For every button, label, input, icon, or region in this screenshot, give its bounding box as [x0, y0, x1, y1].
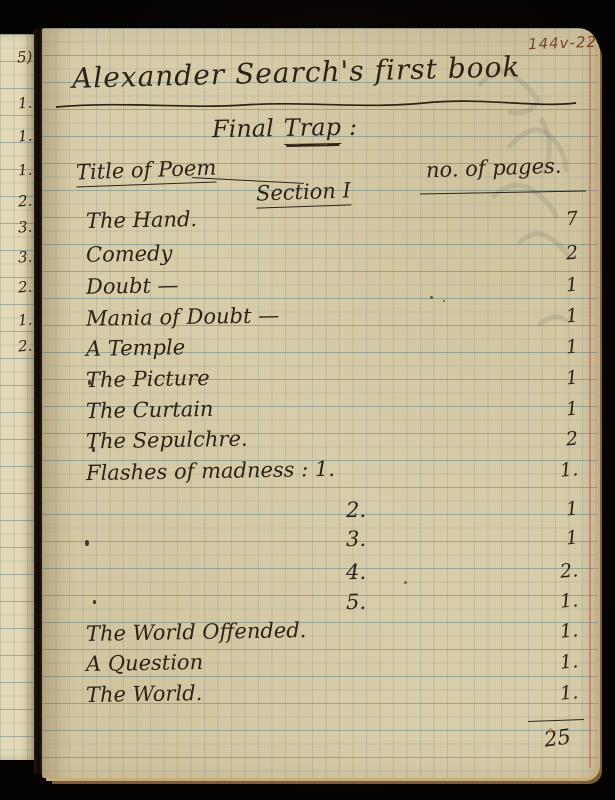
poem-title: A Temple — [86, 335, 186, 361]
margin-number: 3. — [17, 218, 33, 237]
subtitle-emphasis: Trap — [284, 113, 342, 145]
paper-stain — [404, 581, 407, 584]
ink-speck — [92, 448, 95, 452]
column-header-title: Title of Poem — [76, 156, 217, 188]
facing-page-edge: 5) 1. 1. 1. 2. 3. 3. 2. 1. 2. — [0, 34, 36, 760]
column-header-pages: no. of pages. — [426, 154, 562, 183]
poem-row: 2. 1 — [86, 498, 578, 522]
poem-row: The Hand. 7 — [86, 208, 578, 232]
poem-title: The Hand. — [86, 207, 198, 233]
page-count: 1. — [559, 650, 579, 673]
poem-title: The Sepulchre. — [86, 427, 248, 454]
total-pages: 25 — [543, 724, 572, 751]
total-sum-line — [528, 719, 584, 722]
poem-title: The Curtain — [86, 397, 214, 423]
poem-title: Comedy — [86, 241, 173, 267]
poem-subnumber: 3. — [346, 527, 366, 551]
poem-row: Doubt — 1 — [86, 274, 578, 298]
page-count: 1. — [559, 458, 579, 481]
poem-title: Mania of Doubt — — [86, 303, 280, 330]
page-count: 1. — [559, 681, 579, 704]
notebook-page: 144v-22 Alexander Search's first book Fi… — [42, 28, 598, 778]
poem-row: Mania of Doubt — 1 — [86, 305, 578, 329]
page-count: 2 — [565, 242, 579, 265]
poem-row: The World. 1. — [86, 682, 578, 706]
page-title: Alexander Search's first book — [72, 50, 521, 95]
margin-number: 2. — [17, 192, 33, 211]
margin-number: 1. — [17, 161, 33, 180]
page-count: 1 — [565, 274, 579, 297]
poem-subnumber: 5. — [346, 590, 366, 614]
margin-number: 3. — [17, 248, 33, 267]
poem-title: The World Offended. — [86, 618, 307, 646]
photo-background: 5) 1. 1. 1. 2. 3. 3. 2. 1. 2. 144v-22 Al… — [0, 0, 615, 800]
margin-number: 1. — [17, 127, 33, 146]
poem-row: Comedy 2 — [86, 242, 578, 266]
poem-title: The World. — [86, 681, 203, 707]
archival-mark: 144v-22 — [528, 33, 598, 53]
page-count: 1 — [565, 398, 579, 421]
poem-subnumber: 2. — [346, 498, 366, 522]
pages-header-underline — [420, 191, 586, 195]
poem-title: The Picture — [86, 366, 210, 392]
page-count: 2. — [559, 559, 579, 582]
page-count: 1 — [565, 367, 579, 390]
subtitle: FinalTrap: — [212, 113, 357, 144]
margin-number: 1. — [17, 311, 33, 330]
page-count: 1 — [565, 305, 579, 328]
poem-row: 5. 1. — [86, 590, 578, 614]
poem-row: 4. 2. — [86, 560, 578, 584]
poem-row: The Sepulchre. 2 — [86, 428, 578, 452]
poem-row: The Curtain 1 — [86, 398, 578, 422]
poem-title: A Question — [86, 650, 204, 676]
page-count: 1 — [565, 498, 579, 521]
margin-number: 2. — [17, 278, 33, 297]
poem-row: The World Offended. 1. — [86, 620, 578, 644]
paper-stain — [443, 300, 445, 302]
margin-number: 5) — [16, 47, 33, 66]
page-count: 1. — [559, 589, 579, 612]
title-underline — [54, 98, 578, 112]
page-count: 1 — [565, 336, 579, 359]
poem-subnumber: 4. — [346, 560, 366, 584]
page-count: 2 — [565, 428, 579, 451]
margin-number: 1. — [17, 94, 33, 113]
ink-speck — [88, 380, 91, 385]
page-count: 1 — [565, 527, 579, 550]
ink-speck — [93, 600, 96, 604]
poem-row: The Picture 1 — [86, 367, 578, 391]
paper-stain — [548, 728, 553, 733]
poem-row: Flashes of madness : 1. 1. — [86, 459, 578, 483]
poem-row: 3. 1 — [86, 527, 578, 551]
poem-row: A Question 1. — [86, 651, 578, 675]
subtitle-colon: : — [349, 113, 358, 141]
margin-number: 2. — [17, 337, 33, 356]
page-count: 1. — [559, 619, 579, 642]
ink-speck — [85, 540, 89, 546]
page-count: 7 — [565, 208, 579, 231]
section-heading: Section I — [256, 178, 352, 208]
paper-stain — [430, 296, 433, 299]
poem-row: A Temple 1 — [86, 336, 578, 360]
subtitle-lead: Final — [212, 114, 274, 143]
poem-title: Doubt — — [86, 273, 179, 299]
page-red-edge — [589, 38, 591, 768]
poem-title: Flashes of madness : 1. — [86, 457, 335, 485]
